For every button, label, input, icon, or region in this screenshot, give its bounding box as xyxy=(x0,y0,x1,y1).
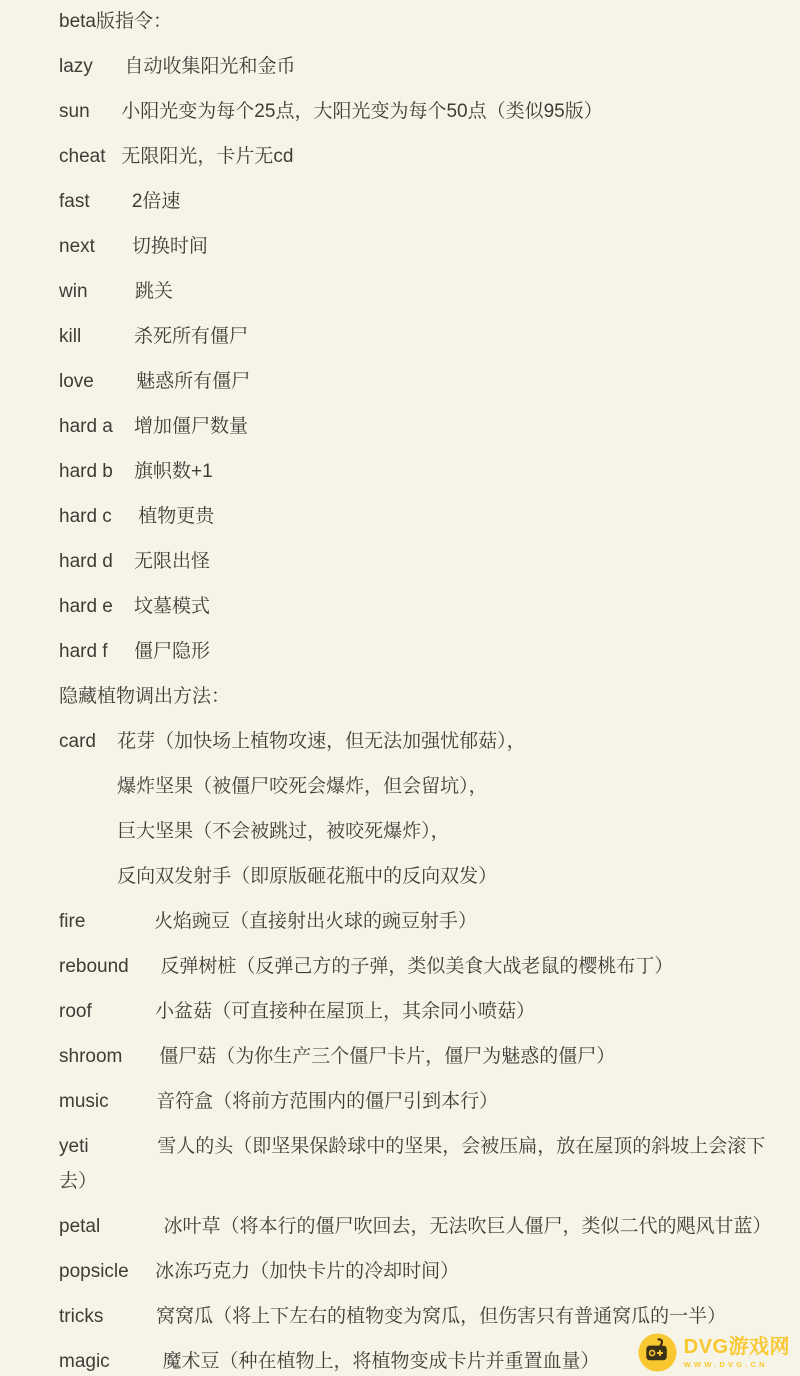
line-petal: petal 冰叶草（将本行的僵尸吹回去，无法吹巨人僵尸，类似二代的飓风甘蓝） xyxy=(59,1209,788,1244)
line-kill: kill 杀死所有僵尸 xyxy=(59,319,788,354)
heading-hidden-plants: 隐藏植物调出方法： xyxy=(59,679,788,714)
line-card-cont-1: 爆炸坚果（被僵尸咬死会爆炸，但会留坑）， xyxy=(59,769,788,804)
line-popsicle: popsicle 冰冻巧克力（加快卡片的冷却时间） xyxy=(59,1254,788,1289)
line-cheat: cheat 无限阳光，卡片无cd xyxy=(59,139,788,174)
line-hard-e: hard e 坟墓模式 xyxy=(59,589,788,624)
line-card-cont-3: 反向双发射手（即原版砸花瓶中的反向双发） xyxy=(59,859,788,894)
line-hard-c: hard c 植物更贵 xyxy=(59,499,788,534)
line-card: card 花芽（加快场上植物攻速，但无法加强忧郁菇）， xyxy=(59,724,788,759)
line-hard-b: hard b 旗帜数+1 xyxy=(59,454,788,489)
line-rebound: rebound 反弹树桩（反弹己方的子弹，类似美食大战老鼠的樱桃布丁） xyxy=(59,949,788,984)
line-yeti: yeti 雪人的头（即坚果保龄球中的坚果，会被压扁，放在屋顶的斜坡上会滚下 去） xyxy=(59,1129,788,1199)
watermark-brand: DVG游戏网 xyxy=(684,1336,790,1358)
line-next: next 切换时间 xyxy=(59,229,788,264)
line-sun: sun 小阳光变为每个25点，大阳光变为每个50点（类似95版） xyxy=(59,94,788,129)
line-hard-a: hard a 增加僵尸数量 xyxy=(59,409,788,444)
line-fire: fire 火焰豌豆（直接射出火球的豌豆射手） xyxy=(59,904,788,939)
line-shroom: shroom 僵尸菇（为你生产三个僵尸卡片，僵尸为魅惑的僵尸） xyxy=(59,1039,788,1074)
line-win: win 跳关 xyxy=(59,274,788,309)
watermark-text: DVG游戏网 WWW.DVG.CN xyxy=(684,1336,790,1369)
dvg-watermark: DVG游戏网 WWW.DVG.CN xyxy=(638,1333,790,1372)
cheat-list-document: beta版指令： lazy 自动收集阳光和金币 sun 小阳光变为每个25点，大… xyxy=(0,0,800,1376)
heading-beta-commands: beta版指令： xyxy=(59,4,788,39)
line-card-cont-2: 巨大坚果（不会被跳过，被咬死爆炸）， xyxy=(59,814,788,849)
line-fast: fast 2倍速 xyxy=(59,184,788,219)
line-tricks: tricks 窝窝瓜（将上下左右的植物变为窝瓜，但伤害只有普通窝瓜的一半） xyxy=(59,1299,788,1334)
line-lazy: lazy 自动收集阳光和金币 xyxy=(59,49,788,84)
gamepad-icon xyxy=(638,1333,677,1372)
line-love: love 魅惑所有僵尸 xyxy=(59,364,788,399)
line-music: music 音符盒（将前方范围内的僵尸引到本行） xyxy=(59,1084,788,1119)
line-hard-d: hard d 无限出怪 xyxy=(59,544,788,579)
watermark-site-url: WWW.DVG.CN xyxy=(684,1360,768,1369)
line-roof: roof 小盆菇（可直接种在屋顶上，其余同小喷菇） xyxy=(59,994,788,1029)
line-hard-f: hard f 僵尸隐形 xyxy=(59,634,788,669)
